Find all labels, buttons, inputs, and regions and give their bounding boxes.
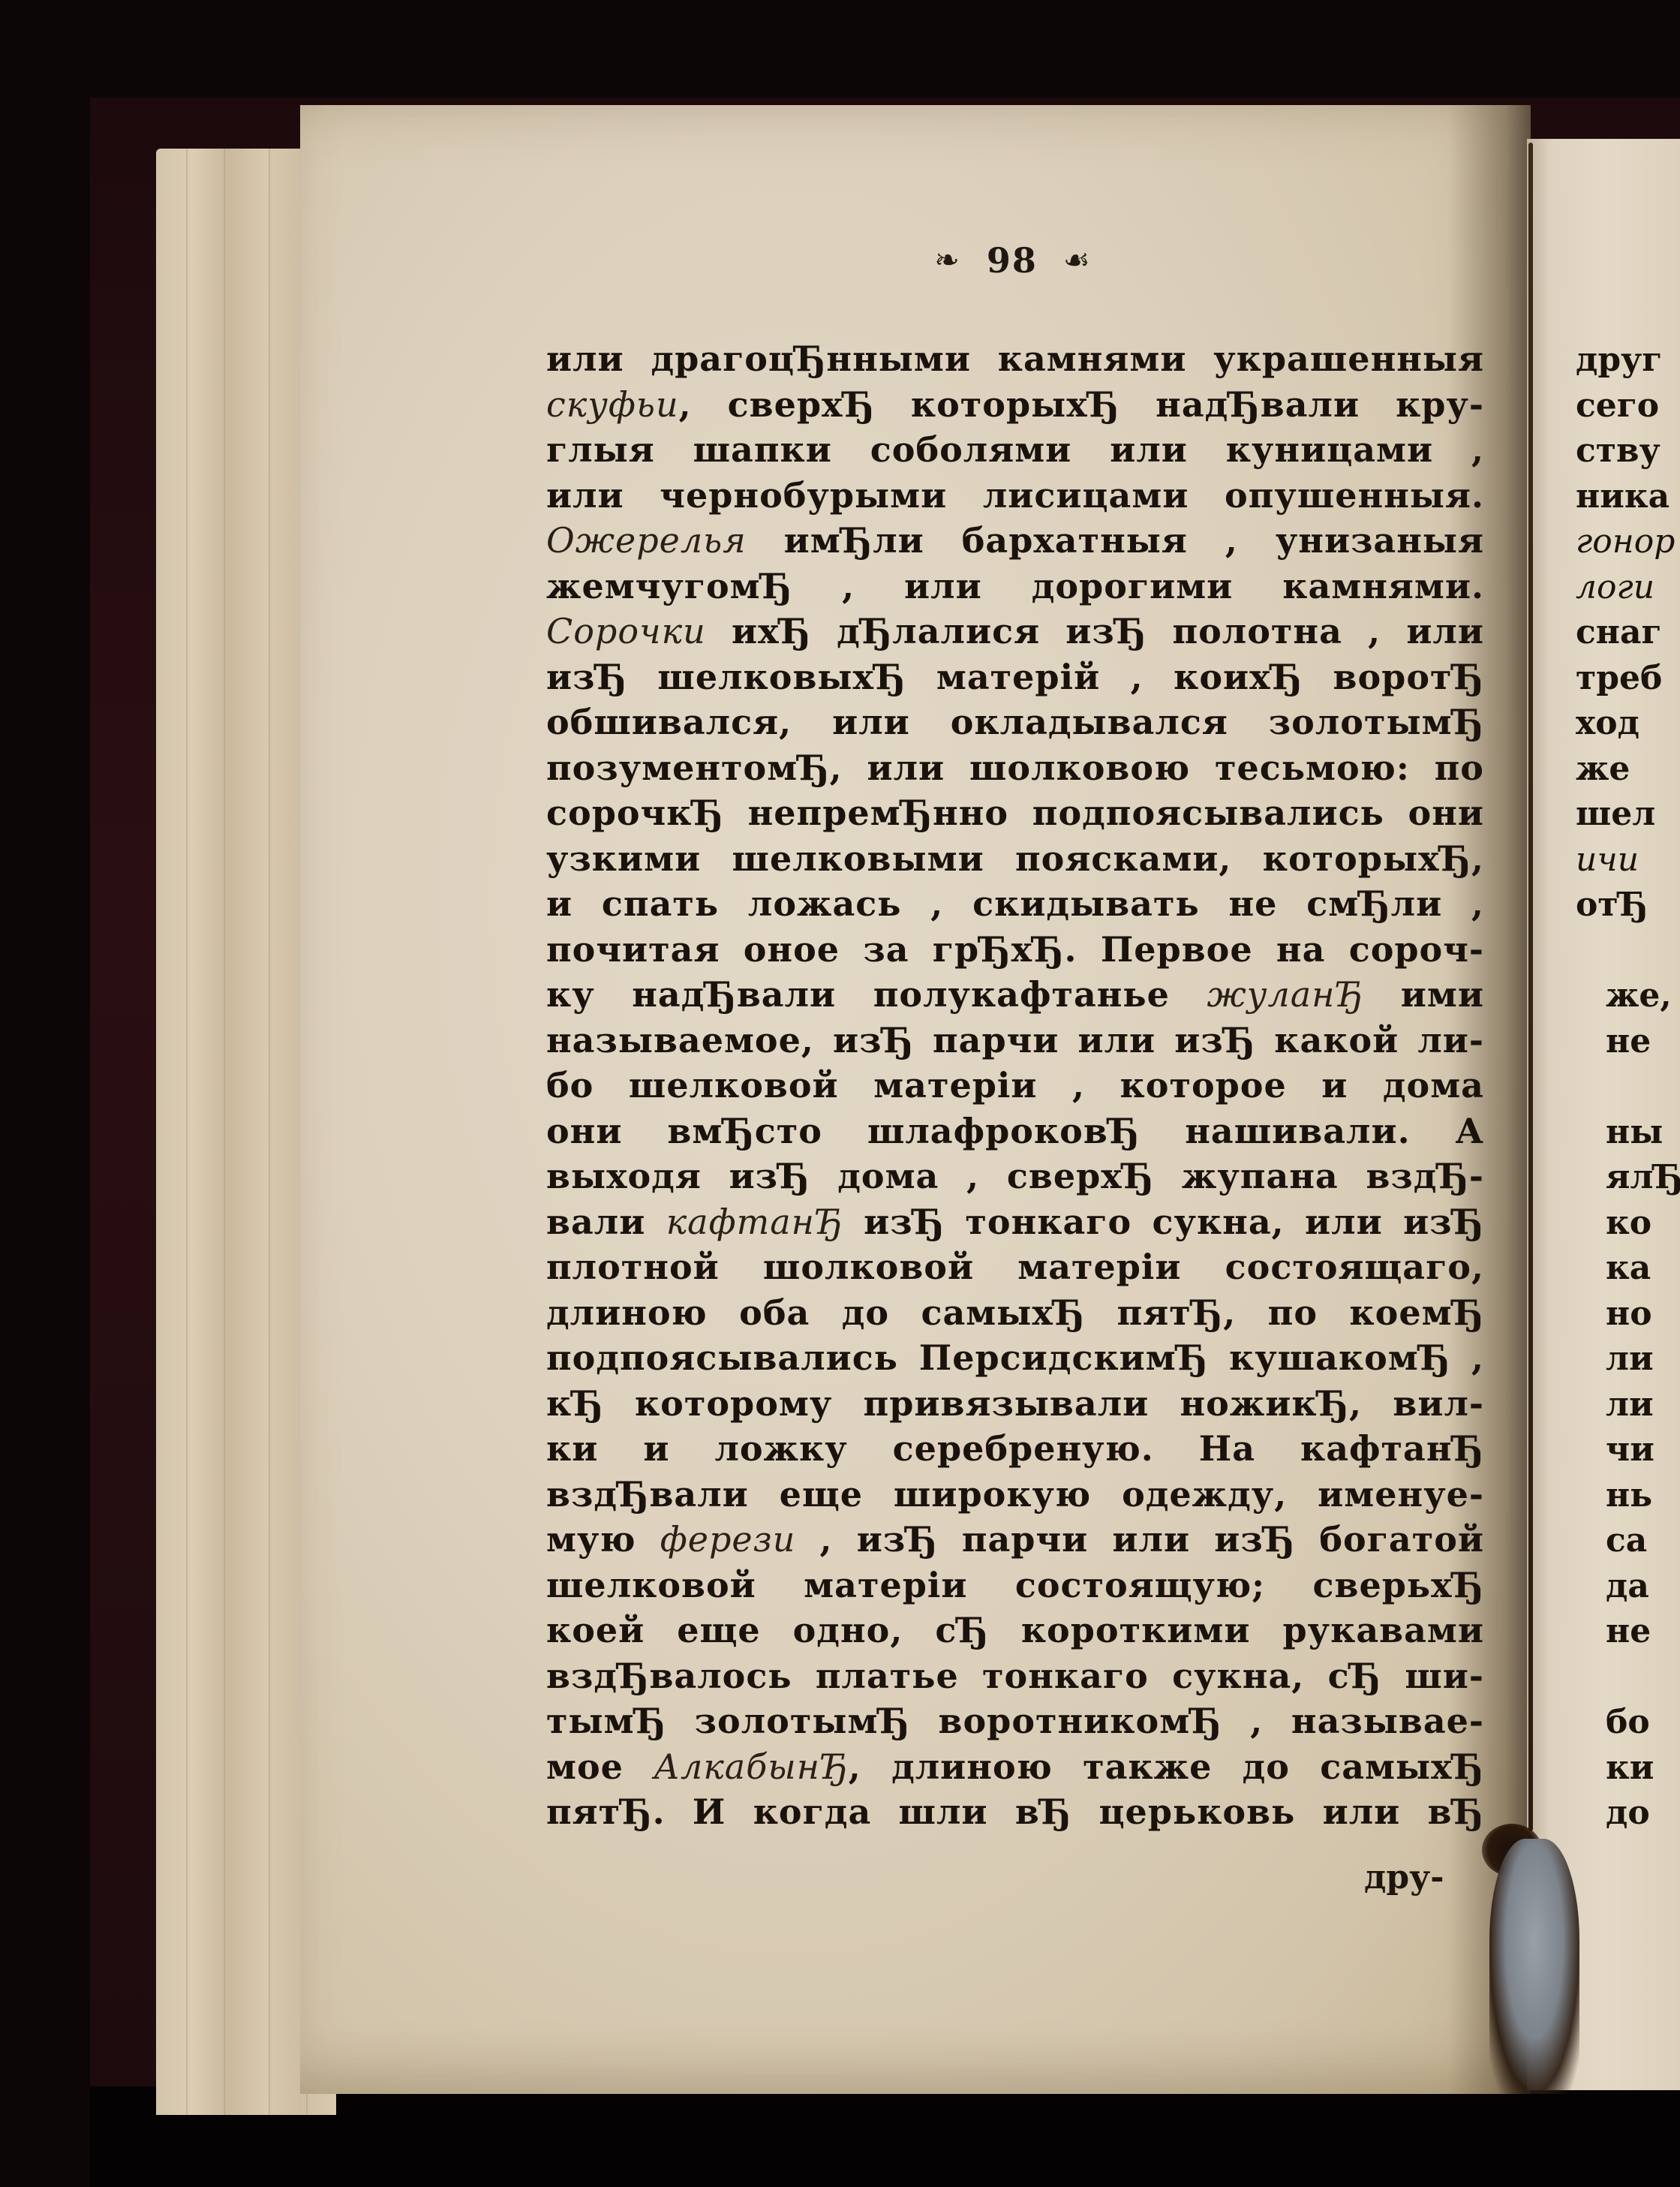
facing-text-line: отЂ	[1576, 883, 1680, 928]
text-line: или чернобурыми лисицами опушенныя.	[546, 473, 1484, 519]
facing-text-line: ника	[1576, 474, 1680, 520]
text-run: мую	[546, 1519, 660, 1560]
facing-text-line: ны	[1576, 1110, 1680, 1156]
facing-text-line: ству	[1576, 429, 1680, 474]
text-line: вздЂвали еще широкую одежду, именуе-	[546, 1472, 1484, 1518]
text-line: выходя изЂ дома , сверхЂ жупана вздЂ-	[546, 1154, 1484, 1199]
text-run: вздЂвалось платье тонкаго сукна, сЂ ши-	[546, 1656, 1484, 1696]
text-run: узкими шелковыми поясками, которыхЂ,	[546, 838, 1484, 879]
text-run: пятЂ. И когда шли вЂ церьковь или вЂ	[546, 1791, 1484, 1832]
facing-text-line: но	[1576, 1292, 1680, 1337]
italic-term: Сорочки	[546, 611, 706, 651]
facing-text-line: ли	[1576, 1382, 1680, 1428]
facing-text-line: друг	[1576, 338, 1680, 384]
text-line: Ожерелья имЂли бархатныя , унизаныя	[546, 518, 1484, 564]
text-run: кЂ которому привязывали ножикЂ, вил-	[546, 1383, 1484, 1424]
text-line: глыя шапки соболями или куницами ,	[546, 427, 1484, 473]
text-line: мое АлкабынЂ, длиною также до самыхЂ	[546, 1744, 1484, 1790]
facing-text-line: шел	[1576, 792, 1680, 838]
facing-text-line: бо	[1576, 1700, 1680, 1746]
italic-term: кафтанЂ	[666, 1202, 843, 1242]
text-run: ихЂ дЂлалися изЂ полотна , или	[706, 611, 1484, 651]
text-run: обшивался, или окладывался золотымЂ	[546, 702, 1484, 742]
spine-edge	[1528, 143, 1533, 1831]
text-run: или драгоцЂнными камнями украшенныя	[546, 338, 1484, 379]
facing-text-line: снаг	[1576, 610, 1680, 656]
text-line: вздЂвалось платье тонкаго сукна, сЂ ши-	[546, 1653, 1484, 1699]
text-run: сорочкЂ непремЂнно подпоясывались они	[546, 793, 1484, 833]
text-run: глыя шапки соболями или куницами ,	[546, 429, 1484, 470]
italic-term: скуфьи	[546, 384, 679, 425]
facing-text-line: ки	[1576, 1746, 1680, 1791]
text-line: сорочкЂ непремЂнно подпоясывались они	[546, 790, 1484, 836]
facing-text-line: са	[1576, 1518, 1680, 1564]
text-run: называемое, изЂ парчи или изЂ какой ли-	[546, 1020, 1484, 1060]
text-line: пятЂ. И когда шли вЂ церьковь или вЂ	[546, 1789, 1484, 1835]
text-line: обшивался, или окладывался золотымЂ	[546, 699, 1484, 745]
facing-page-text: другсегоствуникагонорлогиснагтребходжеше…	[1576, 338, 1680, 1837]
text-run: выходя изЂ дома , сверхЂ жупана вздЂ-	[546, 1156, 1484, 1196]
page-edge-line	[224, 149, 225, 2115]
facing-text-line: гонор	[1576, 519, 1680, 565]
page-edge-line	[269, 149, 270, 2115]
text-line: шелковой матеріи состоящую; сверьхЂ	[546, 1563, 1484, 1608]
page-edge-line	[186, 149, 188, 2115]
facing-text-line: ли	[1576, 1337, 1680, 1382]
facing-text-line: ичи	[1576, 838, 1680, 883]
facing-text-line: треб	[1576, 656, 1680, 702]
facing-text-line	[1576, 1655, 1680, 1701]
text-run: они вмЂсто шлафроковЂ нашивали. А	[546, 1111, 1484, 1151]
text-line: узкими шелковыми поясками, которыхЂ,	[546, 836, 1484, 882]
text-run: позументомЂ, или шолковою тесьмою: по	[546, 748, 1484, 788]
text-run: вздЂвали еще широкую одежду, именуе-	[546, 1474, 1484, 1515]
facing-text-line: нь	[1576, 1473, 1680, 1519]
facing-text-line: сего	[1576, 384, 1680, 429]
italic-term: ферези	[660, 1519, 796, 1560]
text-line: длиною оба до самыхЂ пятЂ, по коемЂ	[546, 1290, 1484, 1336]
right-fleuron-icon: ☙	[1063, 243, 1092, 278]
text-run: тымЂ золотымЂ воротникомЂ , называе-	[546, 1701, 1484, 1741]
text-run: шелковой матеріи состоящую; сверьхЂ	[546, 1565, 1484, 1605]
text-line: тымЂ золотымЂ воротникомЂ , называе-	[546, 1698, 1484, 1744]
facing-text-line: ход	[1576, 701, 1680, 747]
text-line: скуфьи, сверхЂ которыхЂ надЂвали кру-	[546, 382, 1484, 428]
facing-text-line: ко	[1576, 1201, 1680, 1247]
text-run: почитая оное за грЂхЂ. Первое на сороч-	[546, 929, 1484, 970]
text-run: жемчугомЂ , или дорогими камнями.	[546, 566, 1484, 606]
text-line: плотной шолковой матеріи состоящаго,	[546, 1244, 1484, 1290]
text-run: плотной шолковой матеріи состоящаго,	[546, 1247, 1484, 1287]
text-run: , изЂ парчи или изЂ богатой	[795, 1519, 1484, 1560]
facing-text-line: логи	[1576, 565, 1680, 611]
body-text: или драгоцЂнными камнями украшенныяскуфь…	[546, 336, 1484, 1835]
text-run: , сверхЂ которыхЂ надЂвали кру-	[679, 384, 1484, 425]
text-run: изЂ тонкаго сукна, или изЂ	[843, 1202, 1484, 1242]
text-run: длиною оба до самыхЂ пятЂ, по коемЂ	[546, 1292, 1484, 1333]
catchword: дру-	[1364, 1858, 1444, 1897]
text-line: коей еще одно, сЂ короткими рукавами	[546, 1608, 1484, 1653]
running-head: ❧ 98 ☙	[885, 239, 1141, 281]
text-run: , длиною также до самыхЂ	[849, 1746, 1484, 1787]
facing-text-line: ка	[1576, 1246, 1680, 1292]
page-number: 98	[987, 240, 1038, 281]
text-line: Сорочки ихЂ дЂлалися изЂ полотна , или	[546, 609, 1484, 654]
text-line: изЂ шелковыхЂ матерій , коихЂ воротЂ	[546, 654, 1484, 700]
italic-term: АлкабынЂ	[654, 1746, 849, 1787]
text-line: почитая оное за грЂхЂ. Первое на сороч-	[546, 927, 1484, 973]
paper-tear	[1489, 1839, 1579, 2094]
facing-text-line	[1576, 1064, 1680, 1110]
facing-text-line: же,	[1576, 973, 1680, 1019]
left-fleuron-icon: ❧	[934, 243, 961, 278]
text-line: подпоясывались ПерсидскимЂ кушакомЂ ,	[546, 1335, 1484, 1381]
book-scan: ❧ 98 ☙ или драгоцЂнными камнями украшенн…	[0, 0, 1680, 2187]
text-line: ку надЂвали полукафтанье жуланЂ ими	[546, 972, 1484, 1018]
text-run: и спать ложась , скидывать не смЂли ,	[546, 883, 1484, 924]
text-run: подпоясывались ПерсидскимЂ кушакомЂ ,	[546, 1337, 1484, 1378]
text-run: имЂли бархатныя , унизаныя	[747, 520, 1484, 561]
text-line: ки и ложку серебреную. На кафтанЂ	[546, 1426, 1484, 1472]
text-line: называемое, изЂ парчи или изЂ какой ли-	[546, 1018, 1484, 1063]
text-run: ку надЂвали полукафтанье	[546, 974, 1207, 1015]
facing-text-line: чи	[1576, 1427, 1680, 1473]
text-line: позументомЂ, или шолковою тесьмою: по	[546, 745, 1484, 791]
text-run: вали	[546, 1202, 666, 1242]
facing-text-line: до	[1576, 1791, 1680, 1837]
text-run: бо шелковой матеріи , которое и дома	[546, 1065, 1484, 1106]
text-line: и спать ложась , скидывать не смЂли ,	[546, 881, 1484, 927]
text-line: вали кафтанЂ изЂ тонкаго сукна, или изЂ	[546, 1199, 1484, 1245]
text-run: ими	[1363, 974, 1484, 1015]
facing-text-line: ялЂ	[1576, 1155, 1680, 1201]
text-run: ки и ложку серебреную. На кафтанЂ	[546, 1428, 1484, 1469]
italic-term: жуланЂ	[1207, 974, 1363, 1015]
text-line: они вмЂсто шлафроковЂ нашивали. А	[546, 1109, 1484, 1154]
facing-text-line: не	[1576, 1609, 1680, 1655]
italic-term: Ожерелья	[546, 520, 747, 561]
facing-text-line: да	[1576, 1564, 1680, 1610]
facing-text-line	[1576, 928, 1680, 974]
text-run: изЂ шелковыхЂ матерій , коихЂ воротЂ	[546, 657, 1484, 697]
text-line: мую ферези , изЂ парчи или изЂ богатой	[546, 1517, 1484, 1563]
text-run: или чернобурыми лисицами опушенныя.	[546, 475, 1484, 516]
text-line: жемчугомЂ , или дорогими камнями.	[546, 564, 1484, 609]
text-line: кЂ которому привязывали ножикЂ, вил-	[546, 1381, 1484, 1427]
text-run: коей еще одно, сЂ короткими рукавами	[546, 1610, 1484, 1650]
text-line: или драгоцЂнными камнями украшенныя	[546, 336, 1484, 382]
text-run: мое	[546, 1746, 654, 1787]
facing-text-line: же	[1576, 747, 1680, 793]
facing-text-line: не	[1576, 1019, 1680, 1065]
text-line: бо шелковой матеріи , которое и дома	[546, 1063, 1484, 1109]
